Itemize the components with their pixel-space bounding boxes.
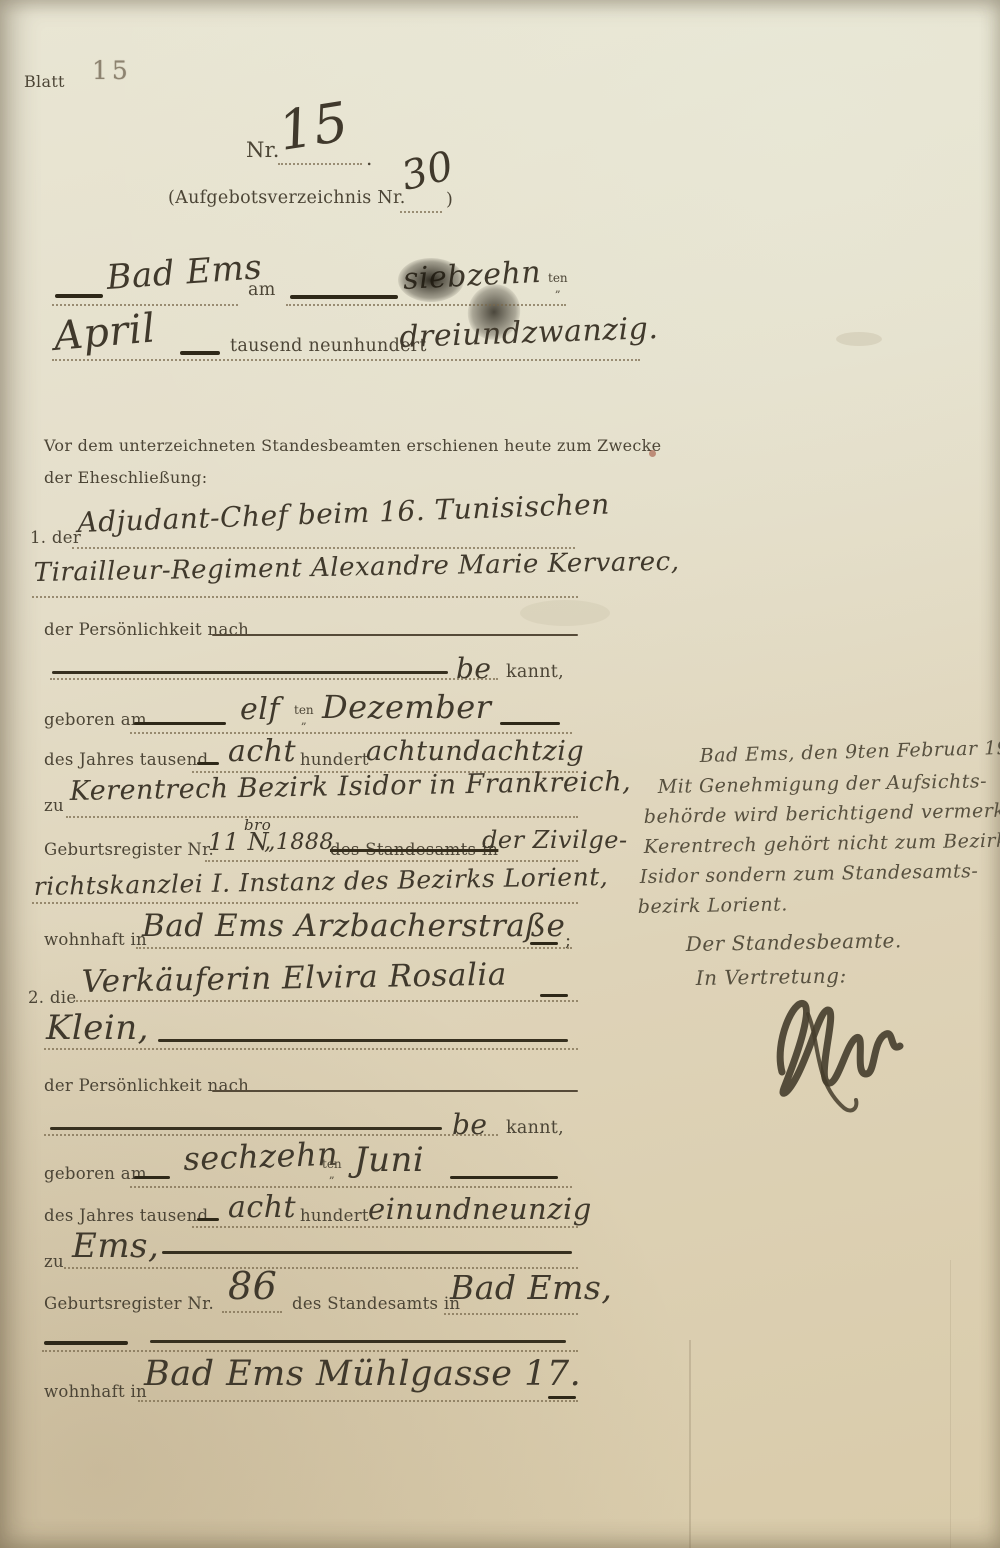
blank-rule (212, 1090, 578, 1092)
dotted-line (138, 1400, 578, 1402)
filler-dash (134, 722, 226, 725)
blatt-number-stamp: 15 (92, 56, 132, 85)
groom-kannt-label: kannt, (506, 662, 564, 682)
paper-speck (649, 450, 656, 457)
ten-suffix: ten „ (322, 1158, 342, 1180)
margin-note-line: Mit Genehmigung der Aufsichts- (658, 770, 988, 798)
filler-dash (134, 1176, 170, 1179)
groom-birth-month-handwritten: Dezember (322, 688, 491, 726)
official-signature (752, 982, 932, 1121)
intro-line-1: Vor dem unterzeichneten Standesbeamten e… (44, 436, 661, 455)
dotted-line (222, 1311, 282, 1313)
dotted-line (192, 1226, 578, 1228)
year-handwritten: dreiundzwanzig. (399, 311, 659, 355)
nr-value-handwritten: 15 (274, 90, 353, 163)
fold-line (689, 1340, 691, 1548)
groom-residence-handwritten: Bad Ems Arzbacherstraße (142, 908, 565, 944)
dotted-line (32, 902, 578, 904)
dotted-line (32, 596, 578, 598)
bride-persoenlichkeit-label: der Persönlichkeit nach (44, 1076, 249, 1095)
ten-mark: „ (301, 715, 307, 726)
ten-suffix: ten „ (294, 704, 314, 726)
dotted-line (66, 816, 578, 818)
bride-be-handwritten: be (452, 1108, 488, 1141)
bride-zu-label: zu (44, 1252, 64, 1271)
groom-birth-day-handwritten: elf (240, 692, 280, 727)
dotted-line (42, 1350, 578, 1352)
bride-register-label: Geburtsregister Nr. (44, 1294, 214, 1313)
paper-stain (836, 332, 882, 346)
tausend-label: tausend neunhundert (230, 336, 427, 356)
filler-dash (55, 294, 103, 298)
groom-be-handwritten: be (456, 652, 492, 685)
dotted-line (44, 1134, 498, 1136)
groom-occupation-line-1: Adjudant-Chef beim 16. Tunisischen (77, 487, 610, 539)
filler-dash (197, 762, 219, 765)
margin-note-line: Isidor sondern zum Standesamts- (640, 860, 979, 888)
bride-birth-year-handwritten: einundneunzig (368, 1192, 592, 1226)
bride-kannt-label: kannt, (506, 1118, 564, 1138)
groom-register-year-handwritten: „1888 (264, 830, 334, 855)
bride-hundert-label: hundert (300, 1206, 369, 1225)
ink-blot (398, 258, 464, 302)
groom-register-office-line-2: richtskanzlei I. Instanz des Bezirks Lor… (33, 862, 608, 901)
dotted-line (286, 304, 566, 306)
dotted-line (400, 211, 442, 213)
ink-strike-line (52, 671, 448, 674)
bride-name-line-2: Klein, (46, 1008, 149, 1048)
filler-dash (548, 1396, 576, 1399)
bride-standesamt-place-handwritten: Bad Ems, (450, 1268, 612, 1307)
filler-dash (450, 1176, 558, 1179)
dotted-line (50, 678, 498, 680)
ink-strike-line (158, 1039, 568, 1042)
bride-register-number-handwritten: 86 (228, 1264, 277, 1308)
register-sheet: Blatt 15 Nr. 15 . (Aufgebotsverzeichnis … (0, 0, 1000, 1548)
bride-geboren-label: geboren am (44, 1164, 147, 1183)
place-handwritten: Bad Ems (105, 247, 263, 298)
margin-note-line: Kerentrech gehört nicht zum Bezirk (644, 830, 1000, 858)
groom-wohnhaft-label: wohnhaft in (44, 930, 147, 949)
nr-period: . (366, 146, 373, 170)
bride-birth-month-handwritten: Juni (354, 1140, 424, 1180)
dotted-line (130, 732, 572, 734)
dotted-line (130, 1186, 572, 1188)
dotted-line (278, 163, 362, 165)
blank-rule (212, 634, 578, 636)
groom-birth-year-handwritten: achtundachtzig (366, 736, 584, 767)
dotted-line (52, 359, 640, 361)
groom-register-label: Geburtsregister Nr. (44, 840, 214, 859)
dotted-line (136, 947, 572, 949)
groom-persoenlichkeit-label: der Persönlichkeit nach (44, 620, 249, 639)
bride-residence-handwritten: Bad Ems Mühlgasse 17. (144, 1354, 581, 1394)
am-label: am (248, 280, 276, 300)
filler-dash (500, 722, 560, 725)
bride-name-line-1: Verkäuferin Elvira Rosalia (81, 957, 507, 1000)
ink-strike-line (150, 1340, 566, 1343)
groom-index-label: 1. der (30, 528, 81, 547)
bride-jahres-label: des Jahres tausend (44, 1206, 208, 1225)
aufgebot-close: ) (446, 190, 453, 210)
paper-stain (520, 600, 610, 626)
margin-note-line: behörde wird berichtigend vermerkt: (644, 799, 1000, 828)
ten-suffix: ten „ (548, 272, 568, 294)
filler-dash (290, 295, 398, 299)
bride-birth-day-handwritten: sechzehn (183, 1135, 339, 1178)
ink-strike-line (50, 1127, 442, 1130)
margin-note-line: Bad Ems, den 9ten Februar 1926 (699, 736, 1000, 767)
intro-line-2: der Eheschließung: (44, 468, 207, 487)
ten-mark: „ (555, 283, 561, 294)
groom-zu-label: zu (44, 796, 64, 815)
dotted-line (44, 1048, 578, 1050)
page-edge-line (950, 1260, 951, 1548)
margin-note-signoff: Der Standesbeamte. (686, 928, 902, 956)
groom-hundert-label: hundert (300, 750, 369, 769)
bride-birth-place-handwritten: Ems, (72, 1226, 159, 1266)
dotted-line (444, 1313, 578, 1315)
groom-occupation-line-2: Tirailleur-Regiment Alexandre Marie Kerv… (33, 547, 679, 588)
filler-dash (530, 942, 558, 945)
groom-register-office-line-1: der Zivilge- (482, 826, 628, 854)
groom-jahres-label: des Jahres tausend (44, 750, 208, 769)
nr-label: Nr. (246, 138, 280, 162)
aufgebot-label: (Aufgebotsverzeichnis Nr. (168, 188, 406, 208)
filler-dash (197, 1218, 219, 1221)
groom-century-handwritten: acht (228, 734, 296, 769)
ten-mark: „ (329, 1169, 335, 1180)
dotted-line (72, 547, 575, 549)
blatt-label: Blatt (24, 72, 65, 91)
groom-birth-place-handwritten: Kerentrech Bezirk Isidor in Frankreich, (69, 766, 631, 807)
dotted-line (76, 1000, 578, 1002)
groom-standesamt-label-struck: des Standesamts in (330, 840, 498, 859)
month-handwritten: April (52, 305, 157, 360)
dotted-line (205, 860, 578, 862)
margin-note-line: bezirk Lorient. (638, 893, 788, 918)
filler-dash (540, 994, 568, 997)
signature-flourish-icon (752, 982, 932, 1117)
bride-wohnhaft-label: wohnhaft in (44, 1382, 147, 1401)
bride-century-handwritten: acht (228, 1190, 296, 1225)
groom-geboren-label: geboren am (44, 710, 147, 729)
filler-dash (180, 351, 220, 355)
bride-standesamt-label: des Standesamts in (292, 1294, 460, 1313)
ink-strike-line (162, 1251, 572, 1254)
bride-index-label: 2. die (28, 988, 76, 1007)
filler-dash (44, 1341, 128, 1345)
